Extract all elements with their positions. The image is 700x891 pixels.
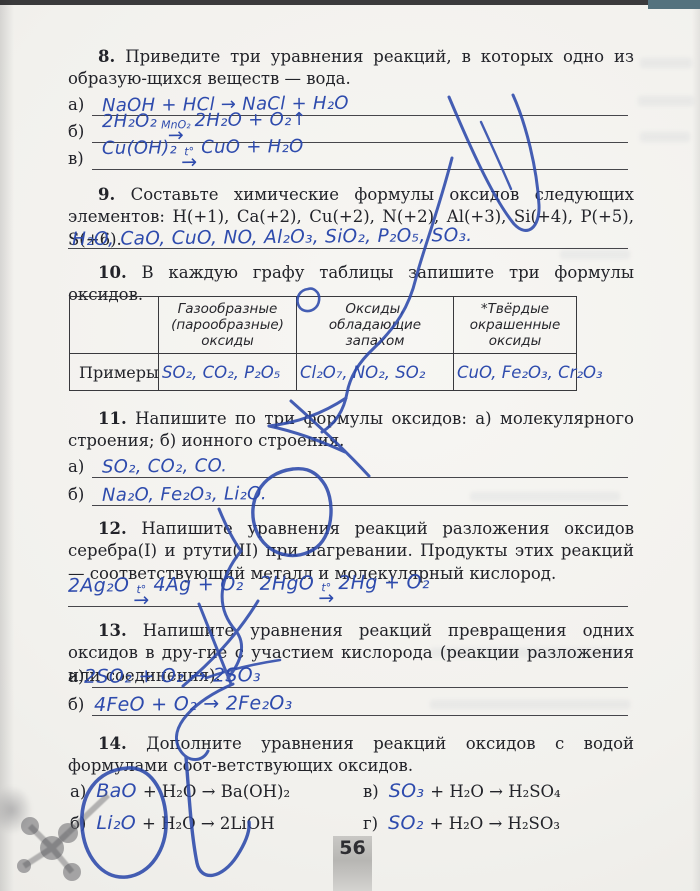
task-11-paragraph: 11. Напишите по три формулы оксидов: а) … [68, 408, 634, 453]
arrow-glyph: → [181, 156, 197, 169]
answer-label-a: а) [68, 457, 84, 476]
page-right-edge-shadow [692, 0, 700, 891]
answer-label-b: б) [68, 485, 84, 504]
printed-equation: + H₂O → H₂SO₃ [430, 814, 560, 833]
printed-equation: + H₂O → 2LiOH [142, 814, 275, 833]
handwritten-formulas: Na₂O, Fe₂O₃, Li₂O. [102, 483, 267, 506]
item-label: г) [363, 814, 378, 833]
task-14-equation-v: в)SO₃+ H₂O → H₂SO₄ [363, 780, 561, 802]
task-14-text: Дополните уравнения реакций оксидов с во… [68, 734, 634, 775]
equation-right: 2Hg + O₂ [338, 571, 430, 594]
table-row-examples: Примеры SO₂, CO₂, P₂O₅ Cl₂O₇, NO₂, SO₂ C… [70, 354, 577, 391]
task-9-number: 9. [98, 185, 115, 204]
handwritten-oxide: SO₂ [388, 812, 424, 834]
scan-smudge [0, 786, 32, 834]
answer-label-a: а) [68, 667, 84, 686]
equation-left: 2H₂O₂ [102, 110, 157, 132]
task-14-equation-g: г)SO₂+ H₂O → H₂SO₃ [363, 812, 560, 834]
task-12-number: 12. [98, 519, 127, 538]
page-left-edge-shadow [0, 0, 14, 891]
handwritten-equations: 2Ag₂Ot°→4Ag + O₂2HgOt°→2Hg + O₂ [68, 571, 430, 608]
equation-left: Cu(OH)₂ [102, 137, 177, 159]
page-number: 56 [333, 837, 372, 859]
handwritten-equation: 2SO₂ + O₂ → 2SO₃ [84, 664, 261, 688]
task-8-text: Приведите три уравнения реакций, в котор… [68, 47, 634, 88]
item-label: в) [363, 782, 379, 801]
item-label: б) [70, 814, 86, 833]
row-label: Примеры [70, 354, 159, 391]
bleed-through-text [640, 58, 692, 68]
table-header-odorous: Оксиды, обладающие запахом [297, 297, 454, 354]
task-13-answer-row-b: б) 4FeO + O₂ → 2Fe₂O₃ [68, 691, 628, 716]
task-14-paragraph: 14. Дополните уравнения реакций оксидов … [68, 733, 634, 778]
handwritten-cell: SO₂, CO₂, P₂O₅ [159, 354, 297, 391]
equation-right: 2H₂O + O₂↑ [194, 109, 307, 131]
handwritten-oxide: BaO [96, 780, 137, 802]
item-label: а) [70, 782, 86, 801]
task-13-number: 13. [98, 621, 127, 640]
handwritten-cell: CuO, Fe₂O₃, Cr₂O₃ [454, 354, 577, 391]
task-14-number: 14. [98, 734, 127, 753]
handwritten-formulas: H₂O, CaO, CuO, NO, Al₂O₃, SiO₂, P₂O₅, SO… [72, 225, 473, 250]
task-9-answer-row: H₂O, CaO, CuO, NO, Al₂O₃, SiO₂, P₂O₅, SO… [68, 224, 628, 249]
reaction-arrow: t°→ [181, 148, 197, 169]
printed-equation: + H₂O → Ba(OH)₂ [143, 782, 290, 801]
table-header-solid-colored: *Твёрдые окрашенные оксиды [454, 297, 577, 354]
bleed-through-text [560, 250, 630, 259]
oxides-table: Газообразные (парообразные) оксиды Оксид… [69, 296, 577, 391]
task-11-number: 11. [98, 409, 127, 428]
task-11-text: Напишите по три формулы оксидов: а) моле… [68, 409, 634, 450]
answer-label-b: б) [68, 695, 84, 714]
task-8-number: 8. [98, 47, 115, 66]
table-header-row: Газообразные (парообразные) оксиды Оксид… [70, 297, 577, 354]
arrow-glyph: → [133, 594, 149, 607]
answer-label-b: б) [68, 122, 84, 141]
ruled-line [92, 505, 628, 506]
equation-right: CuO + H₂O [201, 136, 304, 158]
equation-left: 2HgO [259, 572, 314, 595]
task-11-answer-row-a: а) SO₂, CO₂, CO. [68, 453, 628, 478]
scan-top-edge [0, 0, 652, 5]
task-13-answer-row-a: а) 2SO₂ + O₂ → 2SO₃ [68, 663, 628, 688]
answer-label-a: а) [68, 95, 84, 114]
ruled-line [92, 687, 628, 688]
table-header-gaseous: Газообразные (парообразные) оксиды [159, 297, 297, 354]
handwritten-formulas: SO₂, CO₂, CO. [102, 455, 227, 477]
reaction-arrow: t°→ [133, 586, 149, 607]
bleed-through-text [638, 96, 694, 106]
table-header-empty [70, 297, 159, 354]
bleed-through-text [640, 132, 690, 142]
ruled-line [92, 477, 628, 478]
handwritten-equation: Cu(OH)₂t°→CuO + H₂O [102, 136, 304, 170]
book-cover-corner [648, 0, 700, 9]
task-8-answer-row-v: в) Cu(OH)₂t°→CuO + H₂O [68, 145, 628, 170]
answer-label-v: в) [68, 149, 84, 168]
task-12-answer-row: 2Ag₂Ot°→4Ag + O₂2HgOt°→2Hg + O₂ [68, 582, 628, 607]
task-14-equation-a: а)BaO+ H₂O → Ba(OH)₂ [70, 780, 290, 802]
arrow-glyph: → [318, 592, 334, 605]
printed-equation: + H₂O → H₂SO₄ [430, 782, 560, 801]
page-number-badge: 56 [333, 836, 372, 891]
handwritten-cell: Cl₂O₇, NO₂, SO₂ [297, 354, 454, 391]
task-8-paragraph: 8. Приведите три уравнения реакций, в ко… [68, 46, 634, 91]
handwritten-oxide: SO₃ [389, 780, 425, 802]
task-10-number: 10. [98, 263, 127, 282]
task-11-answer-row-b: б) Na₂O, Fe₂O₃, Li₂O. [68, 481, 628, 506]
handwritten-oxide: Li₂O [96, 812, 136, 834]
equation-left: 2Ag₂O [68, 574, 129, 597]
task-14-equation-b: б)Li₂O+ H₂O → 2LiOH [70, 812, 275, 834]
equation-right: 4Ag + O₂ [153, 573, 243, 596]
reaction-arrow: t°→ [318, 584, 334, 605]
handwritten-equation: 4FeO + O₂ → 2Fe₂O₃ [94, 692, 293, 716]
